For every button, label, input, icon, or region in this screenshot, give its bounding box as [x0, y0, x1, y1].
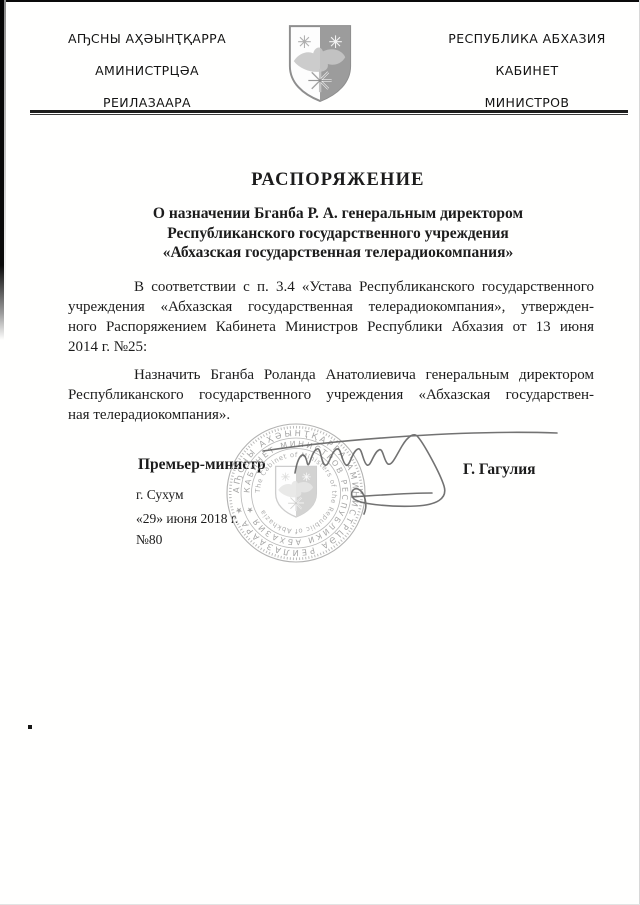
signature-place: г. Сухум — [136, 487, 184, 503]
signature-date: «29» июня 2018 г. — [136, 511, 238, 527]
paragraph-line: Республиканского государственного учрежд… — [68, 385, 594, 405]
scan-left-edge-soft — [4, 0, 6, 300]
paragraph-line: 2014 г. №25: — [68, 337, 594, 357]
subject-line: О назначении Бганба Р. А. генеральным ди… — [68, 204, 608, 224]
document-number: №80 — [136, 532, 162, 548]
subject-line: «Абхазская государственная телерадиокомп… — [68, 243, 608, 263]
header-russian-block: РЕСПУБЛИКА АБХАЗИЯ КАБИНЕТ МИНИСТРОВ — [432, 23, 622, 119]
abkhazia-coat-of-arms-icon — [286, 22, 354, 111]
header-abkhaz-line1: АҦСНЫ АҲӘЫНҬҚАРРА — [52, 23, 242, 55]
subject-line: Республиканского государственного учрежд… — [68, 224, 608, 244]
header-russian-line2: КАБИНЕТ — [432, 55, 622, 87]
scan-speck — [28, 725, 32, 729]
header-divider — [30, 110, 628, 115]
scan-top-edge — [0, 0, 640, 2]
document-title: РАСПОРЯЖЕНИЕ — [68, 170, 608, 191]
paragraph-line: В соответствии с п. 3.4 «Устава Республи… — [68, 277, 594, 297]
header-russian-line1: РЕСПУБЛИКА АБХАЗИЯ — [432, 23, 622, 55]
paragraph-line: Назначить Бганба Роланда Анатолиевича ге… — [68, 365, 594, 385]
handwritten-signature-icon — [228, 416, 600, 533]
header-abkhaz-line2: АМИНИСТРЦӘА — [52, 55, 242, 87]
body-paragraph: В соответствии с п. 3.4 «Устава Республи… — [68, 277, 594, 357]
document-subject: О назначении Бганба Р. А. генеральным ди… — [68, 204, 608, 263]
paragraph-line: ного Распоряжением Кабинета Министров Ре… — [68, 317, 594, 337]
paragraph-line: учреждения «Абхазская государственная те… — [68, 297, 594, 317]
header-abkhaz-block: АҦСНЫ АҲӘЫНҬҚАРРА АМИНИСТРЦӘА РЕИЛАЗААРА — [52, 23, 242, 119]
document-body: В соответствии с п. 3.4 «Устава Республи… — [68, 277, 594, 433]
scanned-document-page: АҦСНЫ АҲӘЫНҬҚАРРА АМИНИСТРЦӘА РЕИЛАЗААРА… — [0, 0, 640, 905]
